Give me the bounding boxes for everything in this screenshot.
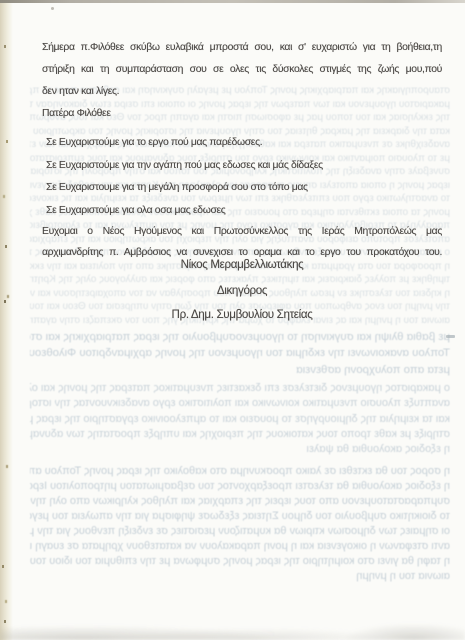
scan-shadow-bottom bbox=[0, 624, 465, 640]
scan-specks bbox=[4, 45, 6, 48]
bleedthrough-line: συμπαραστατουμενου απο τους ιερεις της ε… bbox=[30, 494, 450, 509]
bleedthrough-line: και τα κειμηλια της δημιουργησε το μουσε… bbox=[30, 412, 450, 427]
bleedthrough-line: μετα απο πολυχρονη ασθενεια bbox=[30, 362, 450, 378]
signature-name: Νίκος Μεραμβελλιωτάκης bbox=[42, 258, 442, 271]
bleedthrough-line: οι σημαιες των δημοσιων κτιριων θα κυματ… bbox=[30, 524, 450, 539]
thanks-line: Σε Ευχαριστουμε για τη μεγάλη προσφορά σ… bbox=[46, 177, 446, 200]
bleedthrough-line: με βαθια θλιψη και συγκινηση το ηγουμενο… bbox=[30, 329, 450, 345]
paragraph-line: δεν ηταν και λίγες. bbox=[42, 81, 442, 103]
bleedthrough-line: αντι στεφανων η οικογενεια και η μονη πα… bbox=[30, 539, 450, 554]
bleedthrough-line: η σορος του θα εκτεθει σε λαικο προσκυνη… bbox=[30, 464, 450, 479]
opening-paragraph: Σήμερα π.Φιλόθεε σκύβω ευλαβικά μπροστά … bbox=[42, 37, 442, 104]
salutation: Πατέρα Φιλόθεε bbox=[42, 108, 442, 119]
bleedthrough-block-c: η σορος του θα εκτεθει σε λαικο προσκυνη… bbox=[30, 464, 450, 584]
bleedthrough-line: στηριξε με καθε τροπο τους κατοικους της… bbox=[30, 427, 450, 442]
paragraph-line: Ευχομαι ο Νέος Ηγούμενος και Πρωτοσύνκελ… bbox=[42, 221, 442, 242]
thanks-list: Σε Ευχαριστούμε για το εργο πού μας παρέ… bbox=[42, 132, 446, 222]
thanks-line: Σε Ευχαριστούμε για την αγάπη πού μας εδ… bbox=[46, 155, 446, 178]
bleedthrough-line: Τοπλου ανακοινωνει την εκδημια του ηγουμ… bbox=[30, 345, 450, 361]
bleedthrough-line: το διοικητικο συμβουλιο του δημου Σητεια… bbox=[30, 509, 450, 524]
bleedthrough-line: η εξοδιος ακολουθια θα ψαλει bbox=[30, 442, 450, 457]
thanks-line: Σε Ευχαριστούμε για το εργο πού μας παρέ… bbox=[46, 132, 446, 155]
paragraph-line: Σήμερα π.Φιλόθεε σκύβω ευλαβικά μπροστά … bbox=[42, 37, 442, 59]
scan-mark bbox=[446, 335, 455, 338]
signature-role: Πρ. Δημ. Συμβουλίου Σητείας bbox=[42, 308, 442, 321]
bleedthrough-line: η εξοδιος ακολουθια θα τελεστει προεξαρχ… bbox=[30, 479, 450, 494]
bleedthrough-block-b: ο μακαριστος ηγουμενος διετελεσε επι δεκ… bbox=[30, 381, 450, 457]
bleedthrough-line: ο μακαριστος ηγουμενος διετελεσε επι δεκ… bbox=[30, 381, 450, 396]
scanned-document-page: σταυροπηγιακης και πατριαρχικης μονης Το… bbox=[0, 0, 465, 640]
scan-speck bbox=[51, 7, 54, 10]
bleedthrough-line: η ταφη θα γινει στο κοιμητηριο της ιερας… bbox=[30, 554, 450, 569]
scan-edge-top bbox=[0, 0, 465, 3]
bleedthrough-block-a: με βαθια θλιψη και συγκινηση το ηγουμενο… bbox=[30, 329, 450, 378]
paragraph-line: στήριξη και τη συμπαράσταση σου σε ολες … bbox=[42, 59, 442, 81]
scan-edge-left bbox=[0, 0, 13, 640]
bleedthrough-line: αναπτυξε πλουσιο πνευματικο κοινωνικο κα… bbox=[30, 396, 450, 411]
signature-title: Δικηγόρος bbox=[42, 284, 442, 297]
thanks-line: Σε Ευχαριστούμε για ολα οσα μας εδωσες bbox=[46, 200, 446, 223]
bleedthrough-line: αιωνια του η μνημη bbox=[30, 569, 450, 584]
